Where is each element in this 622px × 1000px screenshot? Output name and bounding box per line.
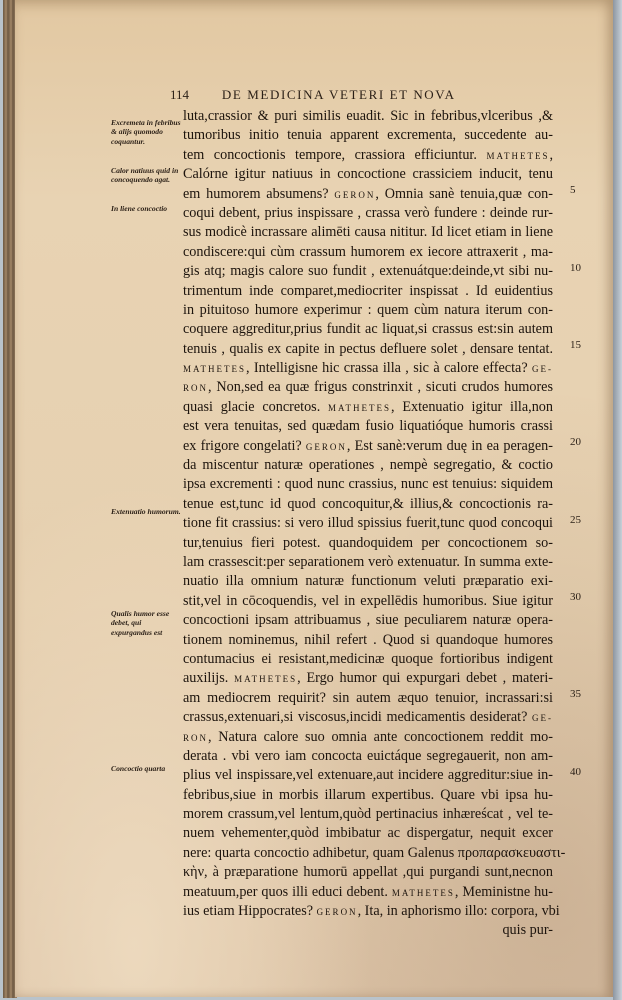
text-line: em humorem absumens? GERON, Omnia sanè t… [183,185,553,204]
text-run: quasi glacie concretos. [183,399,328,415]
text-line: MATHETES, Intelligisne hic crassa illa ,… [183,359,553,378]
speaker-name: GE- [532,713,553,723]
text-run: coquere aggreditur,prius fundit ac liqua… [183,321,553,337]
text-run: plius vel inspissare,vel extenuare,aut i… [183,767,553,783]
text-line: gis atq; magis calore suo fundit , exten… [183,262,553,281]
speaker-name: GE- [532,364,553,374]
line-number: 20 [570,436,581,448]
text-run: , Meministne hu- [455,884,553,900]
speaker-name: MATHETES [486,151,549,161]
text-run: , Ergo humor qui expurgari debet , mater… [297,670,553,686]
text-run: Calórne igitur natiuus in concoctione cr… [183,166,553,182]
margin-note: Qualis humor esse debet, qui expurgandus… [111,609,183,637]
text-line: Calórne igitur natiuus in concoctione cr… [183,165,553,184]
text-run: nuatio illa omnium naturæ functionum vel… [183,573,553,589]
text-run: morem crassum,vel lentum,quòd pertinaciu… [183,806,553,822]
text-line: coquere aggreditur,prius fundit ac liqua… [183,320,553,339]
text-line: meatuum,per quos illi educi debent. MATH… [183,883,553,902]
text-line: tumoribus initio tenuia apparent excreme… [183,126,553,145]
line-number: 25 [570,514,581,526]
text-line: sus modicè incrassare alimēti causa niti… [183,223,553,242]
text-line: crassus,extenuari,si viscosus,incidi med… [183,708,553,727]
text-line: tur,tenuius fieri potest. quandoquidem p… [183,534,553,553]
text-run: , Extenuatio igitur illa,non [391,399,553,415]
text-run: condiscere:qui cùm crassum humorem ex ie… [183,244,553,260]
speaker-name: GERON [306,442,347,452]
margin-note: Calor natiuus quid in concoquendo agat. [111,166,183,185]
text-run: in pituitoso humore experimur : quem cùm… [183,302,553,318]
text-line: stit,vel in cōcoquendis, vel in expellēd… [183,592,553,611]
margin-note: Excremeta in febribus & alijs quomodo co… [111,118,183,146]
text-run: derata . vbi vero iam concocta euictáque… [183,748,553,764]
speaker-name: MATHETES [392,888,455,898]
line-number: 40 [570,766,581,778]
text-line: tenue est,tunc id quod concoquitur,& ill… [183,495,553,514]
text-run: gis atq; magis calore suo fundit , exten… [183,263,553,279]
text-run: , Natura calore suo omnia ante concoctio… [208,729,553,745]
text-run: , Omnia sanè tenuia,quæ con- [375,186,553,202]
text-run: coqui debent, prius inspissare , crassa … [183,205,553,221]
text-run: auxilijs. [183,670,234,686]
text-line: κὴν, à præparatione humorū appellat ,qui… [183,863,553,882]
text-run: ex frigore congelati? [183,438,306,454]
text-run: sus modicè incrassare alimēti causa niti… [183,224,553,240]
text-line: morem crassum,vel lentum,quòd pertinaciu… [183,805,553,824]
background-edge [613,0,622,1000]
speaker-name: GERON [317,907,358,917]
text-line: tione fit crassius: si vero illud spissi… [183,514,553,533]
text-run: tenuis , qualis ex capite in pectus defl… [183,341,553,357]
text-run: , Ita, in aphorismo illo: corpora, vbi [358,903,560,919]
text-run: am mediocrem requirit? sin autem æquo te… [183,690,553,706]
text-run: , Est sanè:verum duę in ea peragen- [347,438,553,454]
line-number: 5 [570,184,576,196]
text-run: trimentum inde comparet,mediocriter insp… [183,283,553,299]
text-line: nuem vehementer,quòd imbibatur ac disper… [183,824,553,843]
margin-note: In liene concoctio [111,204,183,213]
text-line: RON, Natura calore suo omnia ante concoc… [183,728,553,747]
margin-note: Extenuatio humorum. [111,507,183,516]
catchword: quis pur- [183,921,553,940]
text-line: nere: quarta concoctio adhibetur, quam G… [183,844,553,863]
text-run: tenue est,tunc id quod concoquitur,& ill… [183,496,553,512]
text-line: RON, Non,sed ea quæ frigus constrinxit ,… [183,378,553,397]
text-run: tem concoctionis tempore, crassiora effi… [183,147,486,163]
text-line: in pituitoso humore experimur : quem cùm… [183,301,553,320]
text-line: coqui debent, prius inspissare , crassa … [183,204,553,223]
text-run: κὴν, à præparatione humorū appellat ,qui… [183,864,553,880]
running-head: 114 DE MEDICINA VETERI ET NOVA [170,87,590,103]
line-number: 30 [570,591,581,603]
text-line: tem concoctionis tempore, crassiora effi… [183,146,553,165]
text-line: luta,crassior & puri similis euadit. Sic… [183,107,553,126]
text-run: tione fit crassius: si vero illud spissi… [183,515,553,531]
text-run: , [549,147,553,163]
text-line: est vera tenuitas, sed quædam fusio liqu… [183,417,553,436]
text-run: ipsa excrementi : quod nunc crassius, nu… [183,476,553,492]
speaker-name: MATHETES [183,364,246,374]
text-line: contumacius ei resistant,medicinæ quoque… [183,650,553,669]
text-line: plius vel inspissare,vel extenuare,aut i… [183,766,553,785]
text-line: quasi glacie concretos. MATHETES, Extenu… [183,398,553,417]
text-run: , Intelligisne hic crassa illa , sic à c… [246,360,532,376]
page-number: 114 [170,87,189,102]
text-run: contumacius ei resistant,medicinæ quoque… [183,651,553,667]
line-number: 35 [570,688,581,700]
text-run: stit,vel in cōcoquendis, vel in expellēd… [183,593,553,609]
text-run: est vera tenuitas, sed quædam fusio liqu… [183,418,553,434]
text-line: lam crassescit:per separationem verò ext… [183,553,553,572]
text-run: nuem vehementer,quòd imbibatur ac disper… [183,825,553,841]
text-run: , Non,sed ea quæ frigus constrinxit , si… [208,379,553,395]
text-run: nere: quarta concoctio adhibetur, quam G… [183,845,565,861]
text-line: da miscentur naturæ operationes , nempè … [183,456,553,475]
text-line: concoctioni ipsam attribuamus , siue pec… [183,611,553,630]
text-run: tur,tenuius fieri potest. quandoquidem p… [183,535,553,551]
text-line: trimentum inde comparet,mediocriter insp… [183,282,553,301]
text-line: auxilijs. MATHETES, Ergo humor qui expur… [183,669,553,688]
body-text: luta,crassior & puri similis euadit. Sic… [183,107,553,941]
text-run: tumoribus initio tenuia apparent excreme… [183,127,553,143]
margin-note: Concoctio quarta [111,764,183,773]
text-line: condiscere:qui cùm crassum humorem ex ie… [183,243,553,262]
text-run: concoctioni ipsam attribuamus , siue pec… [183,612,553,628]
speaker-name: GERON [334,190,375,200]
line-number: 15 [570,339,581,351]
running-title: DE MEDICINA VETERI ET NOVA [222,87,456,102]
speaker-name: RON [183,383,208,393]
text-run: luta,crassior & puri similis euadit. Sic… [183,108,553,124]
text-run: crassus,extenuari,si viscosus,incidi med… [183,709,532,725]
text-run: em humorem absumens? [183,186,334,202]
speaker-name: MATHETES [328,403,391,413]
text-run: febribus,siue in morbis illarum expertib… [183,787,553,803]
text-line: am mediocrem requirit? sin autem æquo te… [183,689,553,708]
text-line: febribus,siue in morbis illarum expertib… [183,786,553,805]
speaker-name: MATHETES [234,674,297,684]
text-run: lam crassescit:per separationem verò ext… [183,554,553,570]
text-run: meatuum,per quos illi educi debent. [183,884,392,900]
text-run: ius etiam Hippocrates? [183,903,317,919]
text-run: tionem nominemus, nihil refert . Quod si… [183,632,553,648]
speaker-name: RON [183,733,208,743]
line-number: 10 [570,262,581,274]
text-run: da miscentur naturæ operationes , nempè … [183,457,553,473]
text-line: ius etiam Hippocrates? GERON, Ita, in ap… [183,902,553,921]
text-line: tenuis , qualis ex capite in pectus defl… [183,340,553,359]
text-line: ipsa excrementi : quod nunc crassius, nu… [183,475,553,494]
text-line: ex frigore congelati? GERON, Est sanè:ve… [183,437,553,456]
text-line: tionem nominemus, nihil refert . Quod si… [183,631,553,650]
text-line: derata . vbi vero iam concocta euictáque… [183,747,553,766]
text-line: nuatio illa omnium naturæ functionum vel… [183,572,553,591]
